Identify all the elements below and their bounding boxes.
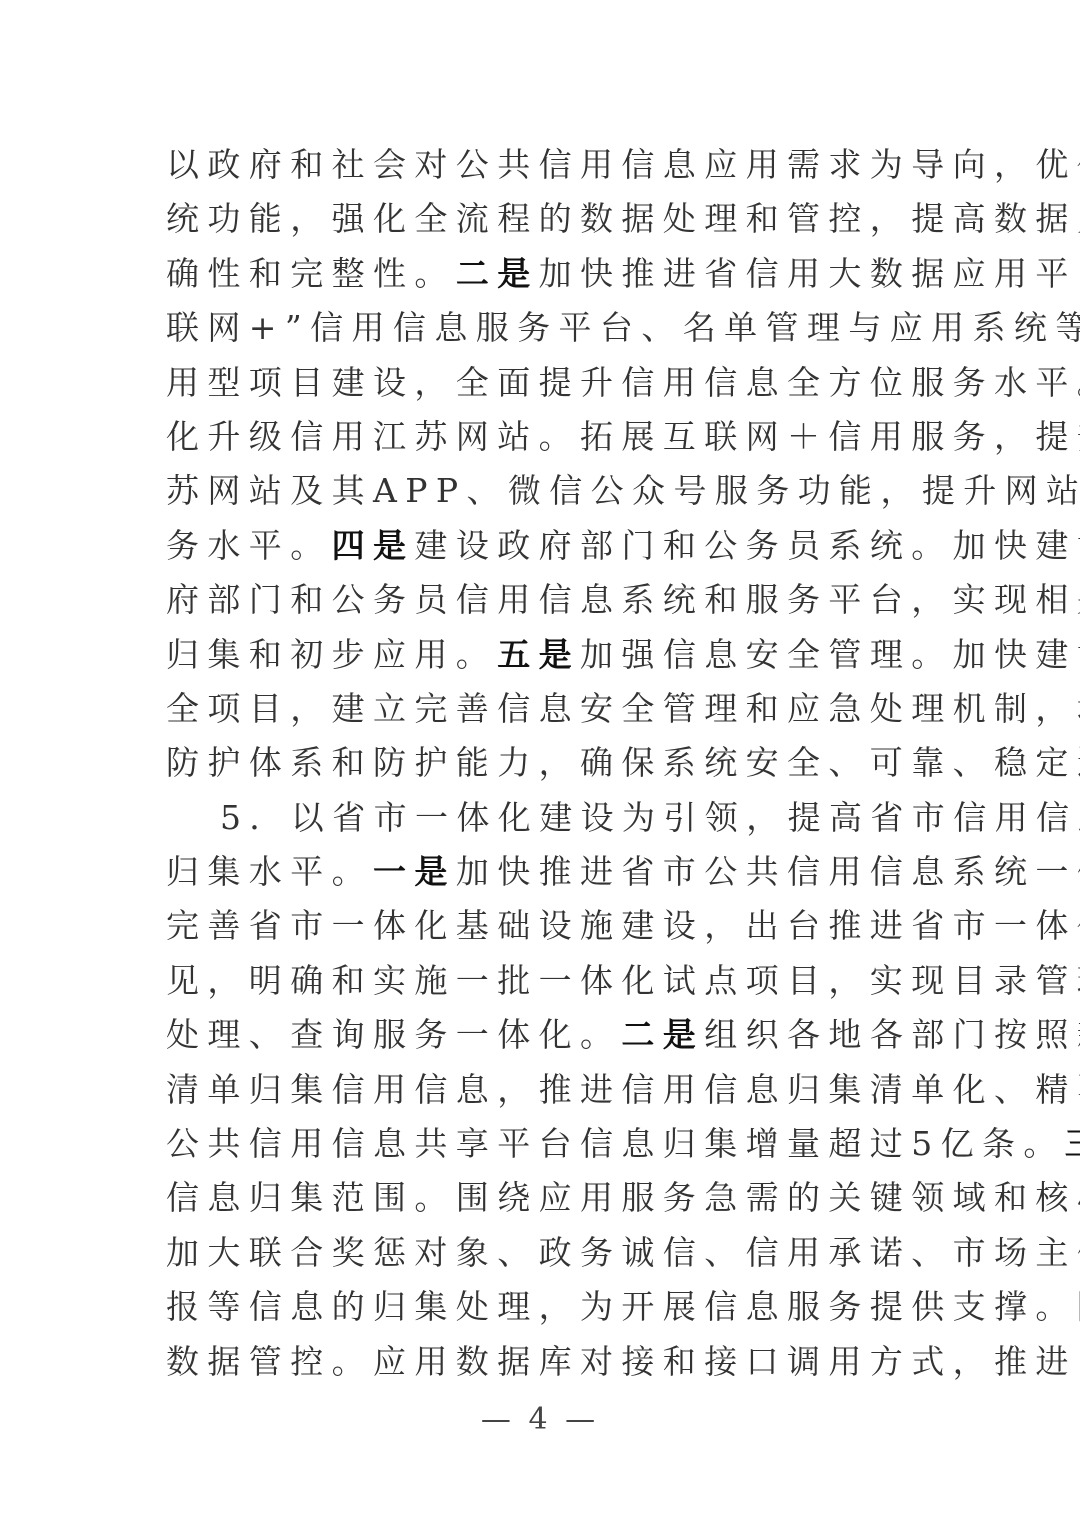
text-line: 全项目，建立完善信息安全管理和应急处理机制，增强安全	[166, 682, 946, 736]
text-segment: 化升级信用江苏网站。拓展互联网＋信用服务，提升信用江	[166, 417, 1080, 456]
text-line: 统功能，强化全流程的数据处理和管控，提高数据归集的准	[166, 192, 946, 246]
document-page: 以政府和社会对公共信用信息应用需求为导向，优化完善系统功能，强化全流程的数据处理…	[0, 0, 1080, 1527]
text-line: 确性和完整性。二是加快推进省信用大数据应用平台、省“互	[166, 247, 946, 301]
bold-lead-phrase: 四是	[332, 526, 415, 565]
text-line: 信息归集范围。围绕应用服务急需的关键领域和核心数据，	[166, 1171, 946, 1225]
bold-lead-phrase: 一是	[373, 852, 456, 891]
text-segment: 归集水平。	[166, 852, 373, 891]
text-segment: 加大联合奖惩对象、政务诚信、信用承诺、市场主体自主申	[166, 1233, 1080, 1272]
text-line: 归集和初步应用。五是加强信息安全管理。加快建设系统安	[166, 628, 946, 682]
text-line: 防护体系和防护能力，确保系统安全、可靠、稳定运行。	[166, 736, 946, 790]
text-segment: 务水平。	[166, 526, 332, 565]
text-segment: 处理、查询服务一体化。	[166, 1015, 621, 1054]
text-segment: 清单归集信用信息，推进信用信息归集清单化、精准化。省	[166, 1070, 1080, 1109]
text-line: 数据管控。应用数据库对接和接口调用方式，推进自动化报	[166, 1335, 946, 1389]
text-segment: 公共信用信息共享平台信息归集增量超过5亿条。	[166, 1124, 1065, 1163]
text-segment: 以政府和社会对公共信用信息应用需求为导向，优化完善系	[166, 145, 1080, 184]
bold-lead-phrase: 五是	[497, 635, 580, 674]
text-line: 化升级信用江苏网站。拓展互联网＋信用服务，提升信用江	[166, 410, 946, 464]
body-text: 以政府和社会对公共信用信息应用需求为导向，优化完善系统功能，强化全流程的数据处理…	[166, 138, 946, 1389]
text-segment: 用型项目建设，全面提升信用信息全方位服务水平。	[166, 363, 1080, 402]
text-line: 归集水平。一是加快推进省市公共信用信息系统一体化建设，	[166, 845, 946, 899]
text-segment: 全项目，建立完善信息安全管理和应急处理机制，增强安全	[166, 689, 1080, 728]
text-line: 5．以省市一体化建设为引领，提高省市信用信息互补	[166, 791, 946, 845]
text-segment: 统功能，强化全流程的数据处理和管控，提高数据归集的准	[166, 199, 1080, 238]
text-line: 务水平。四是建设政府部门和公务员系统。加快建设我省政	[166, 519, 946, 573]
text-line: 报等信息的归集处理，为开展信息服务提供支撑。四是强化	[166, 1280, 946, 1334]
bold-lead-phrase: 三是	[1065, 1124, 1080, 1163]
text-segment: 见，明确和实施一批一体化试点项目，实现目录管理、归集	[166, 961, 1080, 1000]
text-segment: 府部门和公务员信用信息系统和服务平台，实现相关信息的	[166, 580, 1080, 619]
text-line: 府部门和公务员信用信息系统和服务平台，实现相关信息的	[166, 573, 946, 627]
text-line: 加大联合奖惩对象、政务诚信、信用承诺、市场主体自主申	[166, 1226, 946, 1280]
text-line: 苏网站及其APP、微信公众号服务功能，提升网站社会化服	[166, 464, 946, 518]
text-segment: 加强信息安全管理。加快建设系统安	[580, 635, 1080, 674]
text-line: 公共信用信息共享平台信息归集增量超过5亿条。三是拓展	[166, 1117, 946, 1171]
text-line: 见，明确和实施一批一体化试点项目，实现目录管理、归集	[166, 954, 946, 1008]
text-segment: 加快推进省信用大数据应用平台、省“互	[539, 254, 1080, 293]
text-segment: 报等信息的归集处理，为开展信息服务提供支撑。	[166, 1287, 1077, 1326]
bold-lead-phrase: 二是	[456, 254, 539, 293]
text-segment: 确性和完整性。	[166, 254, 456, 293]
text-segment: 数据管控。应用数据库对接和接口调用方式，推进自动化报	[166, 1342, 1080, 1381]
text-line: 处理、查询服务一体化。二是组织各地各部门按照新版目录	[166, 1008, 946, 1062]
text-segment: 归集和初步应用。	[166, 635, 497, 674]
text-line: 联网+”信用信息服务平台、名单管理与应用系统等一批应	[166, 301, 946, 355]
bold-lead-phrase: 二是	[621, 1015, 704, 1054]
text-line: 以政府和社会对公共信用信息应用需求为导向，优化完善系	[166, 138, 946, 192]
text-line: 清单归集信用信息，推进信用信息归集清单化、精准化。省	[166, 1063, 946, 1117]
text-segment: 苏网站及其APP、微信公众号服务功能，提升网站社会化服	[166, 471, 1080, 510]
text-segment: 加快推进省市公共信用信息系统一体化建设，	[456, 852, 1080, 891]
text-line: 完善省市一体化基础设施建设，出台推进省市一体化指导意	[166, 899, 946, 953]
text-line: 用型项目建设，全面提升信用信息全方位服务水平。三是优	[166, 356, 946, 410]
text-segment: 联网+”信用信息服务平台、名单管理与应用系统等一批应	[166, 308, 1080, 347]
text-segment: 建设政府部门和公务员系统。加快建设我省政	[414, 526, 1080, 565]
page-number: — 4 —	[0, 1402, 1080, 1437]
text-segment: 完善省市一体化基础设施建设，出台推进省市一体化指导意	[166, 906, 1080, 945]
text-segment: 组织各地各部门按照新版目录	[704, 1015, 1080, 1054]
text-segment: 信息归集范围。围绕应用服务急需的关键领域和核心数据，	[166, 1178, 1080, 1217]
text-segment: 防护体系和防护能力，确保系统安全、可靠、稳定运行。	[166, 743, 1080, 782]
text-segment: 5．以省市一体化建设为引领，提高省市信用信息互补	[220, 798, 1080, 837]
